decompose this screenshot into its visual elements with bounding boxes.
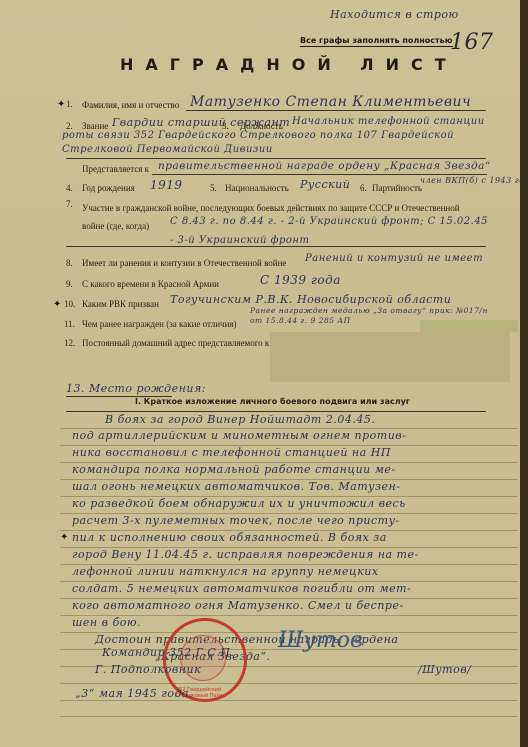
field-10-value: Тогучинским Р.В.К. Новосибирской области <box>170 293 451 306</box>
field-8-number: 8. <box>66 258 73 268</box>
section-heading: I. Краткое изложение личного боевого под… <box>135 397 410 406</box>
birthplace-label: 13. Место рождения: <box>66 382 206 395</box>
narrative-line: расчет 3-х пулеметных точек, после чего … <box>72 514 400 527</box>
field-1-label: Фамилия, имя и отчество <box>82 100 179 110</box>
page-title: НАГРАДНОЙ ЛИСТ <box>120 55 458 74</box>
field-10-number: 10. <box>64 299 75 309</box>
field-5-label: Национальность <box>225 183 289 193</box>
field-6-number: 6. <box>360 183 367 193</box>
page-edge <box>520 0 528 747</box>
field-3-value: Начальник телефонной станции роты связи … <box>62 115 492 157</box>
field-11-label: Чем ранее награжден (за какие отличия) <box>82 319 237 329</box>
field-12-number: 12. <box>64 338 75 348</box>
field-5-value: Русский <box>300 178 350 191</box>
field-9-number: 9. <box>66 279 73 289</box>
narrative-line: город Вену 11.04.45 г. исправляя поврежд… <box>72 548 419 561</box>
field-11-number: 11. <box>64 319 75 329</box>
narrative-line: шал огонь немецких автоматчиков. Тов. Ма… <box>72 480 401 493</box>
field-4-label: Год рождения <box>82 183 135 193</box>
narrative-line: ко разведкой боем обнаружил их и уничтож… <box>72 497 406 510</box>
field-6-label: Партийность <box>372 183 422 193</box>
narrative-line: солдат. 5 немецких автоматчиков погибли … <box>72 582 411 595</box>
narrative-line: В боях за город Винер Нойштадт 2.04.45. <box>105 413 375 426</box>
field-1-value: Матузенко Степан Климентьевич <box>190 94 471 110</box>
commander-title: Командир 352 Г.С.П. <box>102 646 234 659</box>
sheet-number: 167 <box>450 30 494 55</box>
narrative-line: кого автоматного огня Матузенко. Смел и … <box>72 599 404 612</box>
instruction-text: Все графы заполнять полностью <box>300 36 453 47</box>
field-4-value: 1919 <box>150 178 183 192</box>
field-8-value: Ранений и контузий не имеет <box>305 253 483 264</box>
field-1-number: 1. <box>66 99 73 109</box>
field-10-label: Каким РВК призван <box>82 299 159 309</box>
presented-value: правительственной награде ордену „Красна… <box>158 160 491 172</box>
narrative-line: шен в бою. <box>72 616 141 629</box>
presented-label: Представляется к <box>82 164 149 174</box>
field-5-number: 5. <box>210 183 217 193</box>
field-4-number: 4. <box>66 183 73 193</box>
field-7-number: 7. <box>66 199 73 209</box>
hole-punch-mark: ✦ <box>53 299 61 310</box>
narrative-line: ника восстановил с телефонной станцией н… <box>72 446 391 459</box>
signer-name: /Шутов/ <box>418 663 471 676</box>
commander-rank: Г. Подполковник <box>95 663 201 676</box>
narrative-line: пил к исполнению своих обязанностей. В б… <box>72 531 387 544</box>
field-8-label: Имеет ли ранения и контузии в Отечествен… <box>82 258 286 268</box>
field-7-value: С 8.43 г. по 8.44 г. - 2-й Украинский фр… <box>170 212 490 250</box>
redacted-area <box>420 320 518 332</box>
hole-punch-mark: ✦ <box>57 99 65 110</box>
field-9-label: С какого времени в Красной Армии <box>82 279 219 289</box>
header-note: Находится в строю <box>330 8 459 21</box>
hole-punch-mark: ✦ <box>60 532 68 543</box>
sign-date: „3“ мая 1945 года. <box>75 687 193 700</box>
narrative-line: командира полка нормальной работе станци… <box>72 463 396 476</box>
signature: Шутов <box>278 628 363 653</box>
redacted-area <box>270 332 510 382</box>
field-6-value: член ВКП(б) с 1943 года <box>420 176 528 185</box>
narrative-line: лефонной линии наткнулся на группу немец… <box>72 565 379 578</box>
narrative-line: под артиллерийским и минометным огнем пр… <box>72 429 406 442</box>
field-9-value: С 1939 года <box>260 273 341 287</box>
